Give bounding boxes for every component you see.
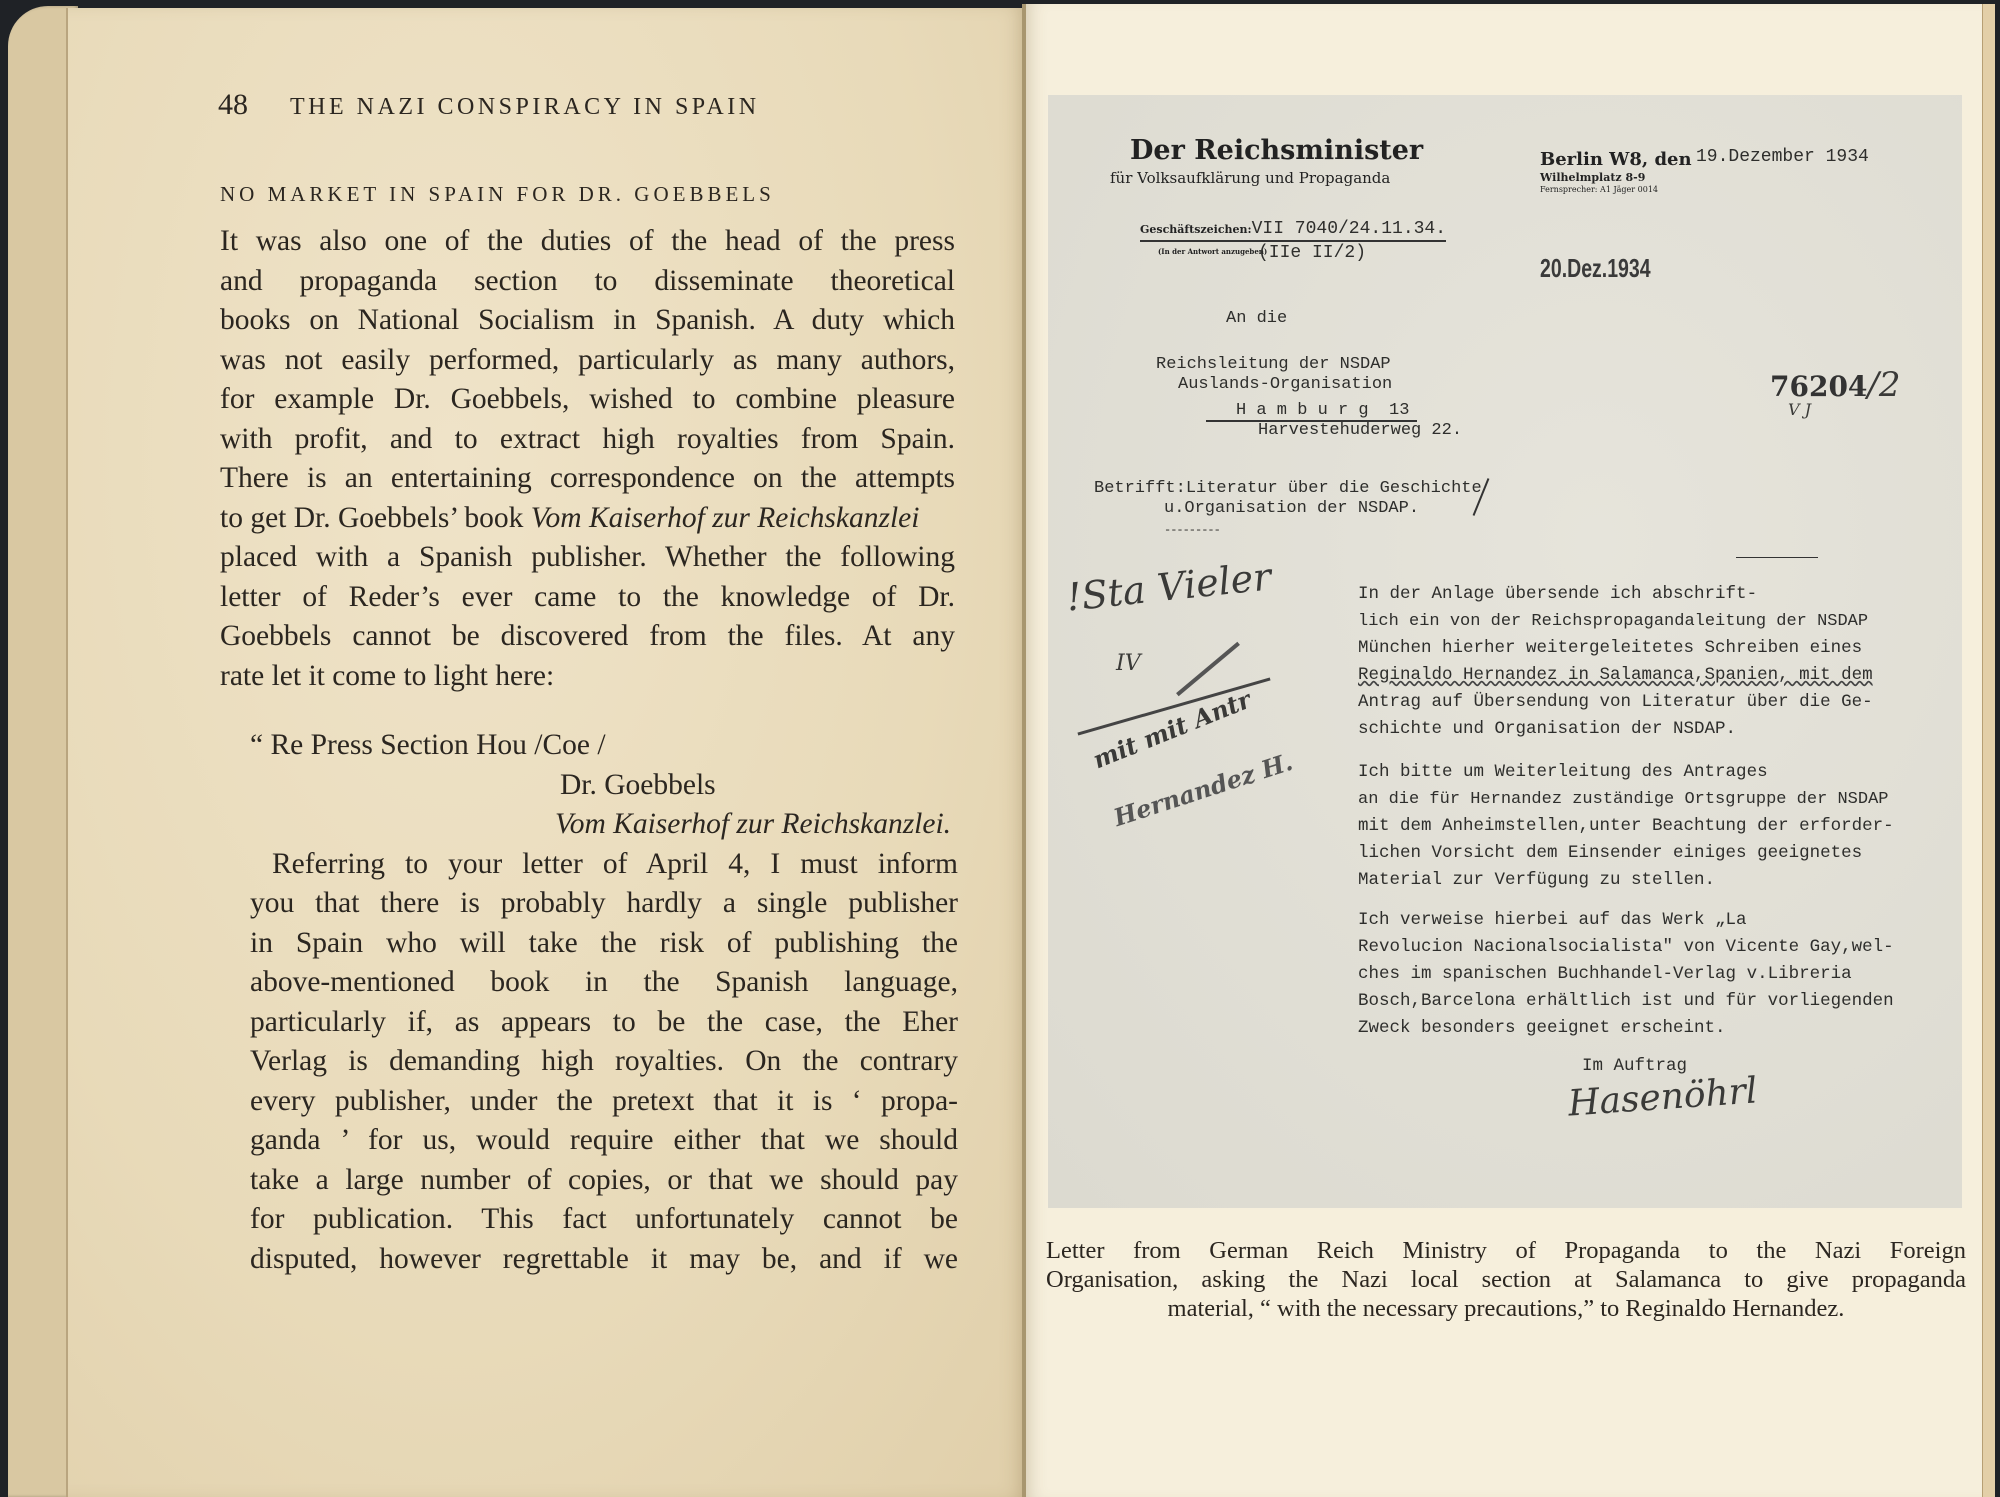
book-page-edges xyxy=(1982,4,1995,1497)
text-line: for example Dr. Goebbels, wished to comb… xyxy=(220,380,955,420)
letter-line: Bosch,Barcelona erhältlich ist und für v… xyxy=(1358,988,1894,1016)
text-line: in Spain who will take the risk of publi… xyxy=(250,924,958,964)
subject-text: Literatur über die Geschichte xyxy=(1186,479,1482,498)
letter-line: Zweck besonders geeignet erscheint. xyxy=(1358,1015,1726,1043)
book-title-header: THE NAZI CONSPIRACY IN SPAIN xyxy=(290,94,760,120)
text-line: for publication. This fact unfortunately… xyxy=(250,1200,958,1240)
text-line: above-mentioned book in the Spanish lang… xyxy=(250,963,958,1003)
recipient-street: Harvestehuderweg 22. xyxy=(1258,421,1462,440)
salutation-to: An die xyxy=(1226,309,1287,328)
letter-line-underlined: Reginaldo Hernandez in Salamanca,Spanien… xyxy=(1358,662,1873,690)
letter-line: München hierher weitergeleitetes Schreib… xyxy=(1358,635,1862,663)
letter-line: mit dem Anheimstellen,unter Beachtung de… xyxy=(1358,813,1894,841)
page-number: 48 xyxy=(218,88,248,121)
quote-header-line: Vom Kaiserhof zur Reichskanzlei. xyxy=(250,805,958,845)
caption-line: Letter from German Reich Ministry of Pro… xyxy=(1046,1236,1966,1265)
running-head: 48THE NAZI CONSPIRACY IN SPAIN xyxy=(218,88,760,122)
letter-line: Antrag auf Übersendung von Literatur übe… xyxy=(1358,689,1873,717)
letter-photograph: Der Reichsminister für Volksaufklärung u… xyxy=(1048,95,1962,1208)
letter-line: an die für Hernandez zuständige Ortsgrup… xyxy=(1358,786,1889,814)
text-fragment: to get Dr. Goebbels’ book xyxy=(220,502,531,534)
quote-header-line: “ Re Press Section Hou /Coe / xyxy=(250,726,958,766)
letter-line: lichen Vorsicht dem Einsender einiges ge… xyxy=(1358,840,1862,868)
recipient-line: Reichsleitung der NSDAP xyxy=(1156,355,1391,374)
letter-date: 19.Dezember 1934 xyxy=(1696,147,1869,167)
text-line: you that there is probably hardly a sing… xyxy=(250,884,958,924)
reference-value: VII 7040/24.11.34. xyxy=(1252,219,1446,239)
text-line: rate let it come to light here: xyxy=(220,657,955,697)
caption-line: Organisation, asking the Nazi local sect… xyxy=(1046,1265,1966,1294)
quote-header-line: Dr. Goebbels xyxy=(250,766,958,806)
address-phone: Fernsprecher: A1 Jäger 0014 xyxy=(1540,185,1658,194)
subject-line-2: u.Organisation der NSDAP. xyxy=(1164,499,1419,518)
letterhead-subtitle: für Volksaufklärung und Propaganda xyxy=(1110,169,1390,187)
file-number: 76204/2 xyxy=(1770,365,1901,405)
letter-line: ches im spanischen Buchhandel-Verlag v.L… xyxy=(1358,961,1852,989)
text-line: letter of Reder’s ever came to the knowl… xyxy=(220,578,955,618)
text-line: It was also one of the duties of the hea… xyxy=(220,222,955,262)
text-line: take a large number of copies, or that w… xyxy=(250,1161,958,1201)
reference-label: Geschäftszeichen: xyxy=(1140,223,1252,236)
text-line: and propaganda section to disseminate th… xyxy=(220,262,955,302)
recipient-city: H a m b u r g 13 xyxy=(1206,401,1417,422)
letter-line: lich ein von der Reichspropagandaleitung… xyxy=(1358,608,1868,636)
letterhead-title: Der Reichsminister xyxy=(1130,135,1423,166)
book-title-italic: Vom Kaiserhof zur Reichskanzlei xyxy=(531,502,920,534)
section-heading: NO MARKET IN SPAIN FOR DR. GOEBBELS xyxy=(220,182,775,207)
recipient-line: Auslands-Organisation xyxy=(1178,375,1392,394)
subject-label: Betrifft: xyxy=(1094,479,1186,498)
text-line: Verlag is demanding high royalties. On t… xyxy=(250,1042,958,1082)
text-line: every publisher, under the pretext that … xyxy=(250,1082,958,1122)
handwritten-note: Hernandez H. xyxy=(1110,747,1296,832)
photo-caption: Letter from German Reich Ministry of Pro… xyxy=(1046,1236,1966,1323)
intro-paragraph: It was also one of the duties of the hea… xyxy=(220,222,955,696)
text-line: placed with a Spanish publisher. Whether… xyxy=(220,538,955,578)
quoted-letter: “ Re Press Section Hou /Coe / Dr. Goebbe… xyxy=(250,726,958,1279)
caption-line: material, “ with the necessary precautio… xyxy=(1046,1294,1966,1323)
text-line: ganda ’ for us, would require either tha… xyxy=(250,1121,958,1161)
text-line: disputed, however regrettable it may be,… xyxy=(250,1240,958,1280)
text-line: There is an entertaining correspondence … xyxy=(220,459,955,499)
text-line: Referring to your letter of April 4, I m… xyxy=(250,845,958,885)
text-line-with-title: to get Dr. Goebbels’ book Vom Kaiserhof … xyxy=(220,499,955,539)
letter-line: schichte und Organisation der NSDAP. xyxy=(1358,716,1736,744)
text-line: with profit, and to extract high royalti… xyxy=(220,420,955,460)
letter-line: Ich bitte um Weiterleitung des Antrages xyxy=(1358,759,1768,787)
reference-note: (In der Antwort anzugeben) xyxy=(1158,247,1267,256)
handwritten-note: IV xyxy=(1116,651,1141,676)
address-street: Wilhelmplatz 8-9 xyxy=(1540,171,1645,184)
address-city: Berlin W8, den xyxy=(1540,149,1692,170)
received-date-stamp: 20.Dez.1934 xyxy=(1540,253,1651,284)
text-line: Goebbels cannot be discovered from the f… xyxy=(220,617,955,657)
subject-rule: --------- xyxy=(1164,523,1220,537)
handwritten-note: !Sta Vieler xyxy=(1064,554,1273,619)
separator-rule xyxy=(1736,557,1818,558)
text-line: was not easily performed, particularly a… xyxy=(220,341,955,381)
file-number-suffix: /2 xyxy=(1867,365,1900,405)
letter-line: In der Anlage übersende ich abschrift- xyxy=(1358,581,1757,609)
open-book: 48THE NAZI CONSPIRACY IN SPAIN NO MARKET… xyxy=(0,0,2000,1497)
subject-line: Betrifft:Literatur über die Geschichte xyxy=(1108,479,1482,498)
file-initials: V J xyxy=(1788,400,1811,419)
letter-line: Material zur Verfügung zu stellen. xyxy=(1358,867,1715,895)
text-line: particularly if, as appears to be the ca… xyxy=(250,1003,958,1043)
letter-line: Revolucion Nacionalsocialista" von Vicen… xyxy=(1358,934,1894,962)
letter-line: Ich verweise hierbei auf das Werk „La xyxy=(1358,907,1747,935)
reference-extra: (IIe II/2) xyxy=(1258,243,1366,263)
file-number-value: 76204 xyxy=(1770,370,1867,403)
handwritten-note: mit mit Antr xyxy=(1089,685,1255,775)
text-line: books on National Socialism in Spanish. … xyxy=(220,301,955,341)
reference-line: Geschäftszeichen:VII 7040/24.11.34. xyxy=(1140,219,1446,242)
